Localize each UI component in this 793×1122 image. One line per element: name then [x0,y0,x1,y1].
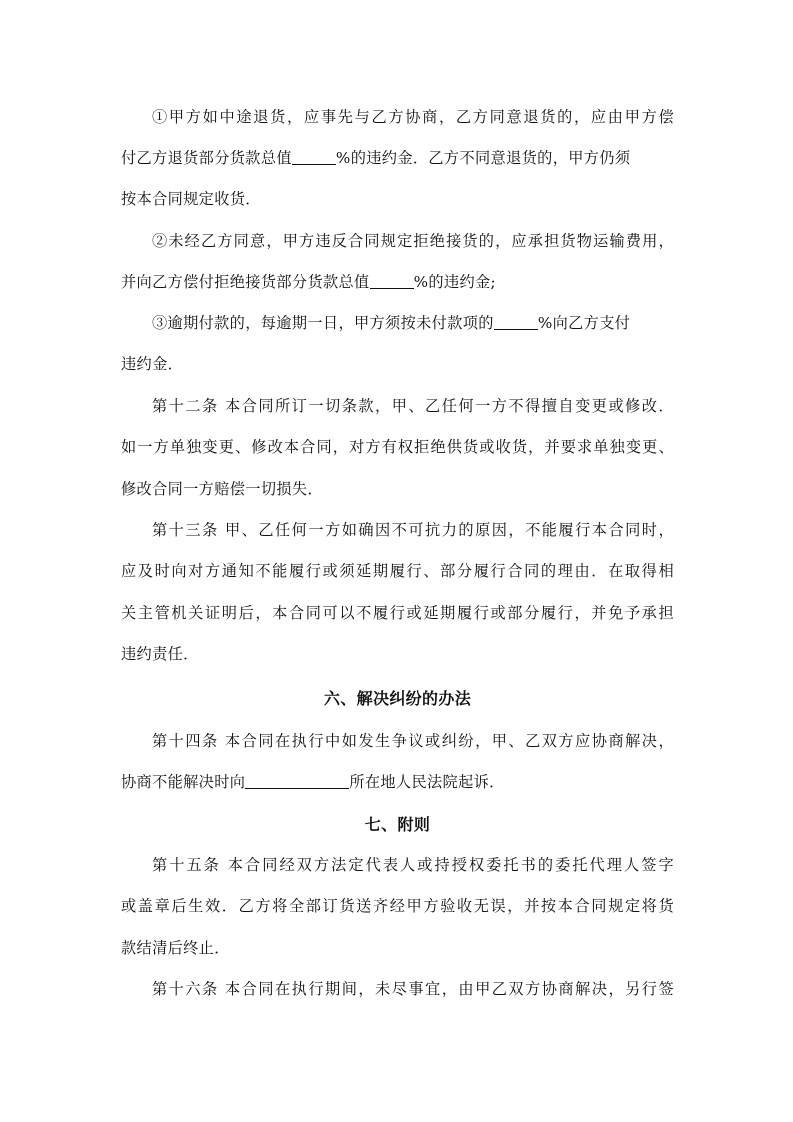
text-line: 按本合同规定收货． [121,187,674,211]
text-line: 并向乙方偿付拒绝接货部分货款总值%的违约金; [121,270,674,294]
text-line: 修改合同一方赔偿一切损失． [121,477,674,501]
text-span: %的违约金．乙方不同意退货的，甲方仍须 [336,149,630,167]
text-line: 付乙方退货部分货款总值%的违约金．乙方不同意退货的，甲方仍须 [121,146,674,170]
text-line: 协商不能解决时向所在地人民法院起诉． [121,770,674,794]
fill-in-blank [245,772,349,789]
text-line: 款结清后终止． [121,936,674,960]
text-span: 付乙方退货部分货款总值 [121,149,292,167]
text-span: %向乙方支付 [538,314,630,332]
text-span: 协商不能解决时向 [121,773,245,791]
text-line: 第十三条 甲、乙任何一方如确因不可抗力的原因，不能履行本合同时， [121,518,674,542]
fill-in-blank [370,272,414,289]
section-heading: 七、附则 [121,813,674,837]
text-span: ③逾期付款的，每逾期一日，甲方须按未付款项的 [152,314,494,332]
section-heading: 六、解决纠纷的办法 [121,687,674,711]
text-line: 第十六条 本合同在执行期间，未尽事宜，由甲乙双方协商解决，另行签 [121,977,674,1001]
text-span: 并向乙方偿付拒绝接货部分货款总值 [121,273,370,291]
text-line: 应及时向对方通知不能履行或须延期履行、部分履行合同的理由．在取得相 [121,559,674,583]
text-line: 第十五条 本合同经双方法定代表人或持授权委托书的委托代理人签字 [121,853,674,877]
text-span: %的违约金; [414,273,496,291]
text-line: 如一方单独变更、修改本合同，对方有权拒绝供货或收货，并要求单独变更、 [121,435,674,459]
text-line: ①甲方如中途退货，应事先与乙方协商，乙方同意退货的，应由甲方偿 [121,105,674,129]
text-line: 违约责任． [121,642,674,666]
text-span: 所在地人民法院起诉． [349,773,504,791]
text-line: 违约金． [121,352,674,376]
text-line: ②未经乙方同意，甲方违反合同规定拒绝接货的，应承担货物运输费用， [121,229,674,253]
text-line: ③逾期付款的，每逾期一日，甲方须按未付款项的%向乙方支付 [121,311,674,335]
text-line: 第十二条 本合同所订一切条款，甲、乙任何一方不得擅自变更或修改． [121,394,674,418]
text-line: 关主管机关证明后，本合同可以不履行或延期履行或部分履行，并免予承担 [121,601,674,625]
fill-in-blank [292,148,336,165]
text-line: 或盖章后生效．乙方将全部订货送齐经甲方验收无误，并按本合同规定将货 [121,894,674,918]
fill-in-blank [494,313,538,330]
text-line: 第十四条 本合同在执行中如发生争议或纠纷，甲、乙双方应协商解决， [121,729,674,753]
